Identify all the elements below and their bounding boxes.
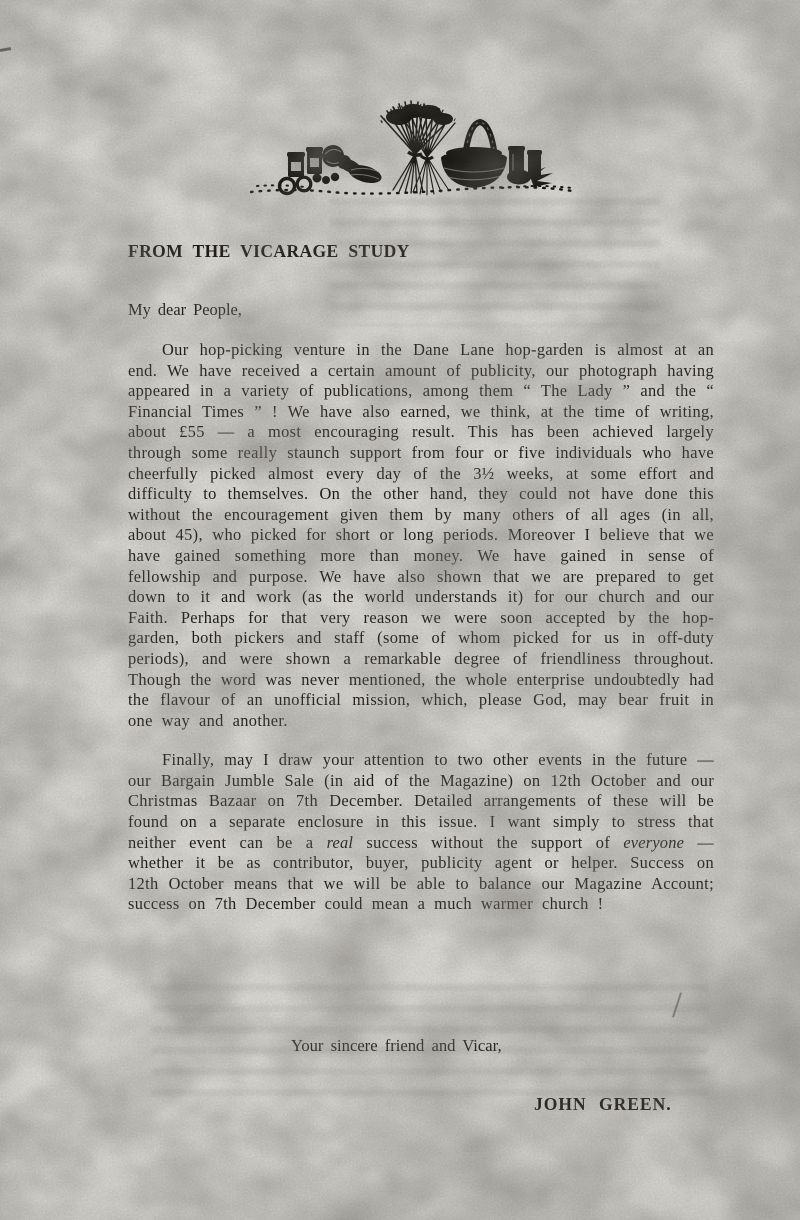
signature-name: JOHN GREEN. [534, 1094, 672, 1115]
letter-paragraph: Finally, may I draw your attention to tw… [128, 750, 714, 915]
letter-paragraph: Our hop-picking venture in the Dane Lane… [128, 340, 714, 731]
closing-line: Your sincere friend and Vicar, [291, 1036, 502, 1056]
jam-jar-icon [306, 147, 323, 174]
harvest-illustration [247, 100, 577, 200]
scanned-letter-page: FROM THE VICARAGE STUDY My dear People, … [0, 0, 800, 1220]
basket-icon [441, 122, 507, 188]
page-title: FROM THE VICARAGE STUDY [128, 241, 410, 262]
wheat-sheaf-icon [381, 101, 455, 195]
scan-scratch [672, 992, 682, 1017]
bleed-through-text-top [330, 198, 660, 326]
letter-body: Our hop-picking venture in the Dane Lane… [128, 340, 714, 915]
salutation: My dear People, [128, 300, 242, 320]
jam-jar-icon [287, 152, 305, 177]
onion-icon [297, 177, 311, 191]
scan-edge-mark [0, 47, 11, 52]
